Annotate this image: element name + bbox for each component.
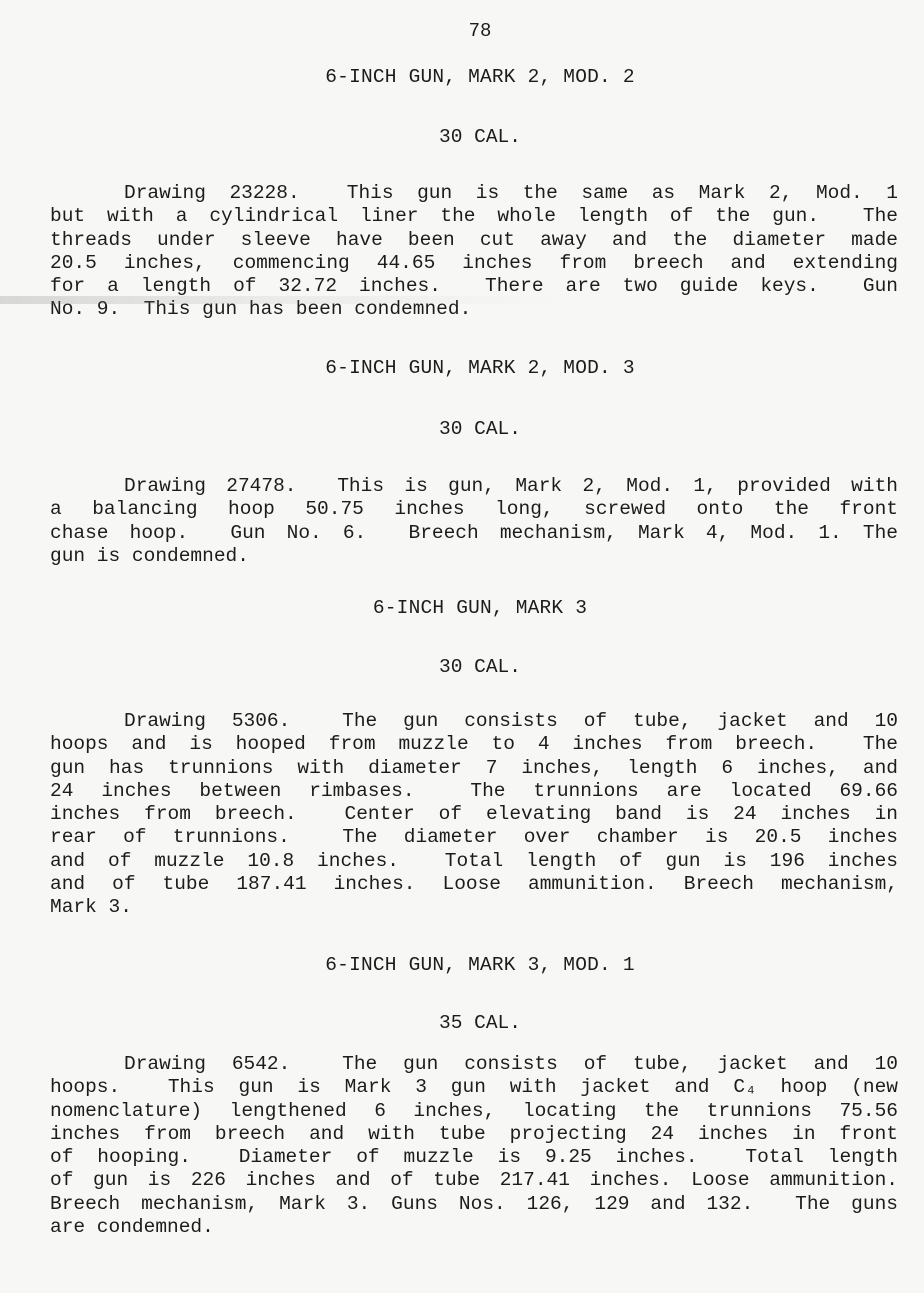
paragraph-line: of hooping. Diameter of muzzle is 9.25 i…: [50, 1146, 898, 1169]
paragraph-line: No. 9. This gun has been condemned.: [50, 298, 898, 321]
paragraph-line: rear of trunnions. The diameter over cha…: [50, 826, 898, 849]
paragraph-line: 24 inches between rimbases. The trunnion…: [50, 780, 898, 803]
paragraph-line: Drawing 5306. The gun consists of tube, …: [50, 710, 898, 733]
paragraph-line: 20.5 inches, commencing 44.65 inches fro…: [50, 252, 898, 275]
section-heading: 6-INCH GUN, MARK 3, MOD. 1: [0, 954, 924, 976]
page-number: 78: [0, 20, 924, 42]
paragraph-line: and of muzzle 10.8 inches. Total length …: [50, 850, 898, 873]
paragraph-line: Drawing 27478. This is gun, Mark 2, Mod.…: [50, 475, 898, 498]
paragraph-line: chase hoop. Gun No. 6. Breech mechanism,…: [50, 522, 898, 545]
document-page: 78 6-INCH GUN, MARK 2, MOD. 2 30 CAL. Dr…: [0, 0, 924, 1293]
section-paragraph: Drawing 5306. The gun consists of tube, …: [50, 710, 898, 920]
paragraph-line: Drawing 23228. This gun is the same as M…: [50, 182, 898, 205]
section-heading: 6-INCH GUN, MARK 2, MOD. 2: [0, 66, 924, 88]
paragraph-line: but with a cylindrical liner the whole l…: [50, 205, 898, 228]
paragraph-line: hoops. This gun is Mark 3 gun with jacke…: [50, 1076, 898, 1099]
paragraph-line: and of tube 187.41 inches. Loose ammunit…: [50, 873, 898, 896]
paragraph-line: inches from breech and with tube project…: [50, 1123, 898, 1146]
paragraph-line: a balancing hoop 50.75 inches long, scre…: [50, 498, 898, 521]
paragraph-line: nomenclature) lengthened 6 inches, locat…: [50, 1100, 898, 1123]
section-heading: 6-INCH GUN, MARK 3: [0, 597, 924, 619]
paragraph-line: of gun is 226 inches and of tube 217.41 …: [50, 1169, 898, 1192]
section-caliber: 30 CAL.: [0, 656, 924, 678]
section-caliber: 30 CAL.: [0, 126, 924, 148]
section-caliber: 30 CAL.: [0, 418, 924, 440]
paragraph-line: Drawing 6542. The gun consists of tube, …: [50, 1053, 898, 1076]
section-heading: 6-INCH GUN, MARK 2, MOD. 3: [0, 357, 924, 379]
paragraph-line: Breech mechanism, Mark 3. Guns Nos. 126,…: [50, 1193, 898, 1216]
section-paragraph: Drawing 23228. This gun is the same as M…: [50, 182, 898, 322]
paragraph-line: are condemned.: [50, 1216, 898, 1239]
section-caliber: 35 CAL.: [0, 1012, 924, 1034]
paragraph-line: for a length of 32.72 inches. There are …: [50, 275, 898, 298]
section-paragraph: Drawing 6542. The gun consists of tube, …: [50, 1053, 898, 1239]
paragraph-line: gun has trunnions with diameter 7 inches…: [50, 757, 898, 780]
paragraph-line: Mark 3.: [50, 896, 898, 919]
paragraph-line: hoops and is hooped from muzzle to 4 inc…: [50, 733, 898, 756]
paragraph-line: threads under sleeve have been cut away …: [50, 229, 898, 252]
section-paragraph: Drawing 27478. This is gun, Mark 2, Mod.…: [50, 475, 898, 568]
paragraph-line: gun is condemned.: [50, 545, 898, 568]
paragraph-line: inches from breech. Center of elevating …: [50, 803, 898, 826]
